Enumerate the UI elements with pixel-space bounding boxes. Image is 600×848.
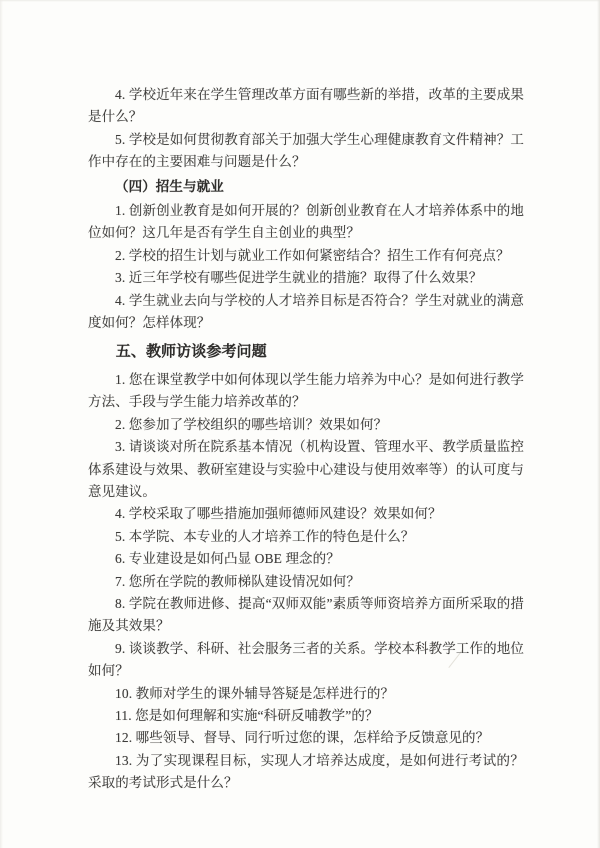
question-paragraph: 13. 为了实现课程目标，实现人才培养达成度，是如何进行考试的？采取的考试形式是… [88, 750, 524, 795]
question-paragraph: 4. 学校采取了哪些措施加强师德师风建设？效果如何？ [88, 503, 524, 525]
main-section-heading: 五、教师访谈参考问题 [88, 341, 524, 363]
question-paragraph: 4. 学生就业去向与学校的人才培养目标是否符合？学生对就业的满意度如何？怎样体现… [88, 290, 524, 335]
question-paragraph: 3. 近三年学校有哪些促进学生就业的措施？取得了什么效果？ [88, 267, 524, 289]
question-paragraph: 1. 您在课堂教学中如何体现以学生能力培养为中心？是如何进行教学方法、手段与学生… [88, 369, 524, 414]
question-paragraph: 2. 学校的招生计划与就业工作如何紧密结合？招生工作有何亮点？ [88, 245, 524, 267]
question-paragraph: 9. 谈谈教学、科研、社会服务三者的关系。学校本科教学工作的地位如何？ [88, 638, 524, 683]
question-paragraph: 11. 您是如何理解和实施“科研反哺教学”的？ [88, 705, 524, 727]
document-text-body: 4. 学校近年来在学生管理改革方面有哪些新的举措，改革的主要成果是什么？5. 学… [88, 84, 524, 795]
question-paragraph: 3. 请谈谈对所在院系基本情况（机构设置、管理水平、教学质量监控体系建设与效果、… [88, 436, 524, 503]
question-paragraph: 7. 您所在学院的教师梯队建设情况如何？ [88, 571, 524, 593]
question-paragraph: 8. 学院在教师进修、提高“双师双能”素质等师资培养方面所采取的措施及其效果？ [88, 593, 524, 638]
question-paragraph: 5. 学校是如何贯彻教育部关于加强大学生心理健康教育文件精神？工作中存在的主要困… [88, 129, 524, 174]
question-paragraph: 4. 学校近年来在学生管理改革方面有哪些新的举措，改革的主要成果是什么？ [88, 84, 524, 129]
question-paragraph: 10. 教师对学生的课外辅导答疑是怎样进行的？ [88, 683, 524, 705]
scanned-document-page: 4. 学校近年来在学生管理改革方面有哪些新的举措，改革的主要成果是什么？5. 学… [0, 0, 600, 848]
sub-section-heading: （四）招生与就业 [88, 176, 524, 198]
question-paragraph: 5. 本学院、本专业的人才培养工作的特色是什么？ [88, 526, 524, 548]
scan-edge-shadow [0, 0, 600, 2]
question-paragraph: 2. 您参加了学校组织的哪些培训？效果如何？ [88, 414, 524, 436]
question-paragraph: 1. 创新创业教育是如何开展的？创新创业教育在人才培养体系中的地位如何？这几年是… [88, 200, 524, 245]
question-paragraph: 12. 哪些领导、督导、同行听过您的课，怎样给予反馈意见的？ [88, 727, 524, 749]
question-paragraph: 6. 专业建设是如何凸显 OBE 理念的？ [88, 548, 524, 570]
